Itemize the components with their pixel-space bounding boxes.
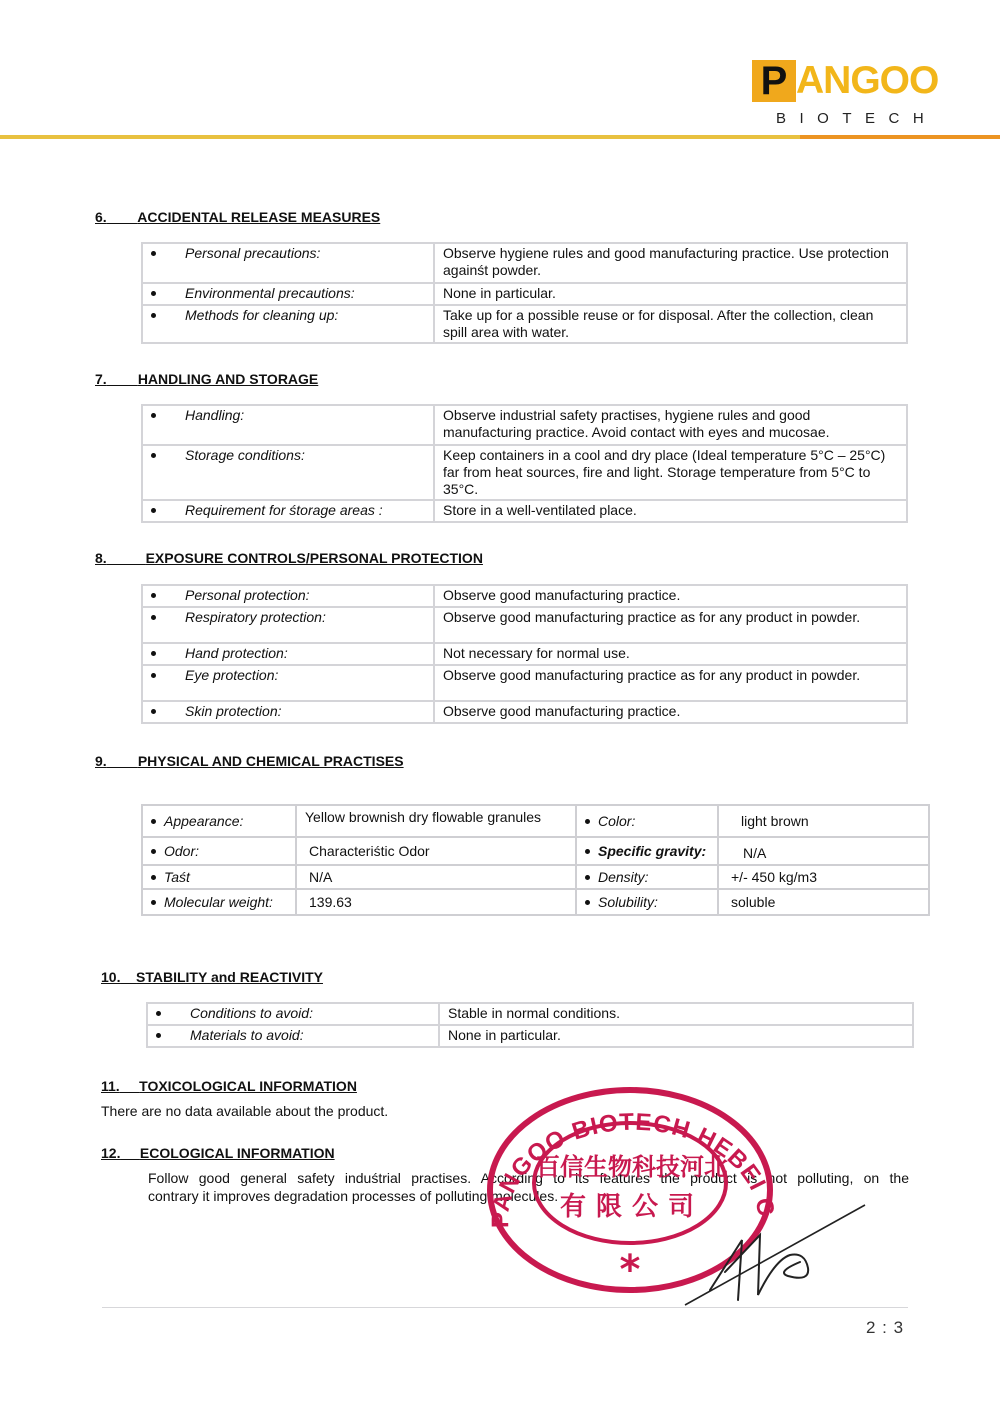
row-label: Requirement for śtorage areas : bbox=[177, 500, 434, 522]
section-8-heading: 8. EXPOSURE CONTROLS/PERSONAL PROTECTION bbox=[95, 550, 483, 566]
table-row: Skin protection: Observe good manufactur… bbox=[142, 701, 907, 723]
property-value: light brown bbox=[718, 805, 929, 837]
bullet-icon bbox=[151, 251, 156, 256]
page-number: 2 : 3 bbox=[866, 1318, 904, 1338]
header-divider bbox=[0, 135, 1000, 139]
signature bbox=[680, 1200, 870, 1310]
row-value: Observe industrial safety practises, hyg… bbox=[434, 405, 907, 445]
bullet-icon bbox=[156, 1033, 161, 1038]
bullet-icon bbox=[151, 651, 156, 656]
property-label: Solubility: bbox=[598, 894, 658, 910]
table-row: Appearance: Yellow brownish dry flowable… bbox=[142, 805, 929, 837]
section-7-heading: 7. HANDLING AND STORAGE bbox=[95, 371, 318, 387]
row-label: Personal protection: bbox=[177, 585, 434, 607]
bullet-icon bbox=[151, 900, 156, 905]
bullet-icon bbox=[585, 819, 590, 824]
property-label: Molecular weight: bbox=[164, 894, 273, 910]
bullet-icon bbox=[151, 593, 156, 598]
property-value: 139.63 bbox=[296, 889, 576, 915]
company-logo: P ANGOO BIOTECH bbox=[752, 60, 942, 130]
row-label: Methods for cleaning up: bbox=[177, 305, 434, 343]
property-value: Yellow brownish dry flowable granules bbox=[296, 805, 576, 837]
row-value: Stable in normal conditions. bbox=[439, 1003, 913, 1025]
row-label: Storage conditions: bbox=[177, 445, 434, 500]
bullet-icon bbox=[151, 508, 156, 513]
property-value: soluble bbox=[718, 889, 929, 915]
table-row: Eye protection: Observe good manufacturi… bbox=[142, 665, 907, 701]
property-label: Odor: bbox=[164, 843, 199, 859]
bullet-icon bbox=[585, 849, 590, 854]
property-label: Color: bbox=[598, 813, 635, 829]
property-label: Taśt bbox=[164, 869, 190, 885]
table-row: Personal precautions: Observe hygiene ru… bbox=[142, 243, 907, 283]
row-label: Skin protection: bbox=[177, 701, 434, 723]
footer-divider bbox=[102, 1307, 908, 1308]
row-label: Environmental precautions: bbox=[177, 283, 434, 305]
row-label: Materials to avoid: bbox=[182, 1025, 439, 1047]
row-value: Store in a well-ventilated place. bbox=[434, 500, 907, 522]
bullet-icon bbox=[151, 615, 156, 620]
table-row: Molecular weight: 139.63 Solubility: sol… bbox=[142, 889, 929, 915]
row-label: Respiratory protection: bbox=[177, 607, 434, 643]
table-row: Requirement for śtorage areas : Store in… bbox=[142, 500, 907, 522]
section-10-table: Conditions to avoid: Stable in normal co… bbox=[146, 1002, 914, 1048]
bullet-icon bbox=[151, 849, 156, 854]
bullet-icon bbox=[151, 291, 156, 296]
row-value: None in particular. bbox=[439, 1025, 913, 1047]
table-row: Storage conditions: Keep containers in a… bbox=[142, 445, 907, 500]
row-value: Observe good manufacturing practice. bbox=[434, 585, 907, 607]
row-value: Observe hygiene rules and good manufactu… bbox=[434, 243, 907, 283]
row-value: Keep containers in a cool and dry place … bbox=[434, 445, 907, 500]
bullet-icon bbox=[151, 673, 156, 678]
row-value: Observe good manufacturing practice. bbox=[434, 701, 907, 723]
toxicological-text: There are no data available about the pr… bbox=[101, 1102, 388, 1120]
table-row: Personal protection: Observe good manufa… bbox=[142, 585, 907, 607]
table-row: Taśt N/A Density: +/- 450 kg/m3 bbox=[142, 865, 929, 889]
section-10-heading: 10. STABILITY and REACTIVITY bbox=[101, 969, 323, 985]
bullet-icon bbox=[151, 709, 156, 714]
row-label: Personal precautions: bbox=[177, 243, 434, 283]
section-7-table: Handling: Observe industrial safety prac… bbox=[141, 404, 908, 523]
section-6-table: Personal precautions: Observe hygiene ru… bbox=[141, 242, 908, 344]
table-row: Odor: Characteriśtic Odor Specific gravi… bbox=[142, 837, 929, 865]
bullet-icon bbox=[151, 819, 156, 824]
row-value: Observe good manufacturing practice as f… bbox=[434, 665, 907, 701]
property-value: Characteriśtic Odor bbox=[296, 837, 576, 865]
row-value: Not necessary for normal use. bbox=[434, 643, 907, 665]
bullet-icon bbox=[156, 1011, 161, 1016]
table-row: Methods for cleaning up: Take up for a p… bbox=[142, 305, 907, 343]
property-label: Appearance: bbox=[164, 813, 243, 829]
stamp-star-icon: * bbox=[620, 1247, 641, 1293]
bullet-icon bbox=[151, 413, 156, 418]
logo-wordmark: ANGOO bbox=[796, 60, 938, 102]
row-label: Conditions to avoid: bbox=[182, 1003, 439, 1025]
bullet-icon bbox=[151, 875, 156, 880]
row-value: Observe good manufacturing practice as f… bbox=[434, 607, 907, 643]
section-12-heading: 12. ECOLOGICAL INFORMATION bbox=[101, 1145, 335, 1161]
property-label: Specific gravity: bbox=[598, 843, 706, 859]
bullet-icon bbox=[585, 875, 590, 880]
property-value: +/- 450 kg/m3 bbox=[718, 865, 929, 889]
table-row: Environmental precautions: None in parti… bbox=[142, 283, 907, 305]
row-value: None in particular. bbox=[434, 283, 907, 305]
section-9-table: Appearance: Yellow brownish dry flowable… bbox=[141, 804, 930, 916]
property-label: Density: bbox=[598, 869, 649, 885]
section-9-heading: 9. PHYSICAL AND CHEMICAL PRACTISES bbox=[95, 753, 404, 769]
table-row: Materials to avoid: None in particular. bbox=[147, 1025, 913, 1047]
property-value: N/A bbox=[718, 837, 929, 865]
section-8-table: Personal protection: Observe good manufa… bbox=[141, 584, 908, 724]
stamp-inner-line-1: 百信生物科技河北 bbox=[536, 1153, 728, 1181]
table-row: Conditions to avoid: Stable in normal co… bbox=[147, 1003, 913, 1025]
table-row: Respiratory protection: Observe good man… bbox=[142, 607, 907, 643]
section-6-heading: 6. ACCIDENTAL RELEASE MEASURES bbox=[95, 209, 380, 225]
row-label: Hand protection: bbox=[177, 643, 434, 665]
bullet-icon bbox=[151, 313, 156, 318]
row-label: Handling: bbox=[177, 405, 434, 445]
row-label: Eye protection: bbox=[177, 665, 434, 701]
logo-initial: P bbox=[752, 60, 796, 102]
row-value: Take up for a possible reuse or for disp… bbox=[434, 305, 907, 343]
table-row: Handling: Observe industrial safety prac… bbox=[142, 405, 907, 445]
table-row: Hand protection: Not necessary for norma… bbox=[142, 643, 907, 665]
bullet-icon bbox=[585, 900, 590, 905]
logo-subtitle: BIOTECH bbox=[776, 110, 937, 127]
bullet-icon bbox=[151, 453, 156, 458]
property-value: N/A bbox=[296, 865, 576, 889]
section-11-heading: 11. TOXICOLOGICAL INFORMATION bbox=[101, 1078, 357, 1094]
